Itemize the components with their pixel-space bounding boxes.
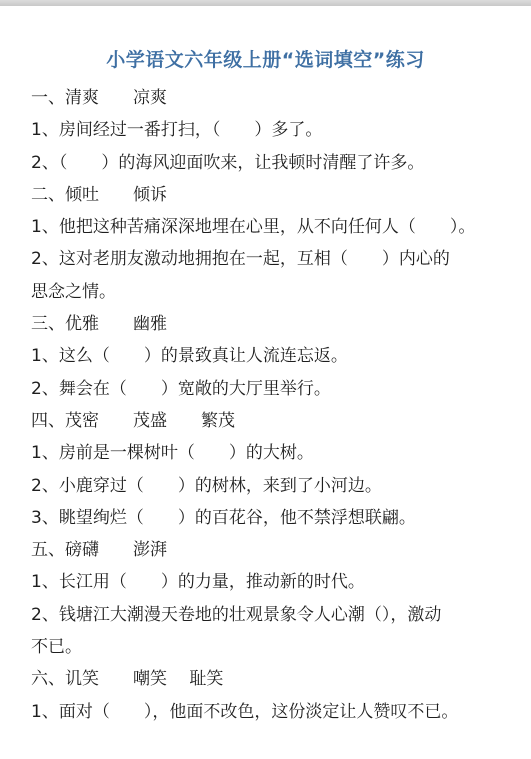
section-4-heading: 四、茂密 茂盛 繁茂 bbox=[31, 405, 511, 437]
section-5-question-2: 2、钱塘江大潮漫天卷地的壮观景象令人心潮（），激动 bbox=[31, 599, 511, 631]
section-3-question-1: 1、这么（ ）的景致真让人流连忘返。 bbox=[31, 340, 511, 372]
top-edge-bar bbox=[0, 0, 531, 6]
section-1-question-1: 1、房间经过一番打扫，（ ）多了。 bbox=[31, 114, 511, 146]
section-1-question-2: 2、（ ）的海风迎面吹来，让我顿时清醒了许多。 bbox=[31, 147, 511, 179]
section-2-question-2: 2、这对老朋友激动地拥抱在一起，互相（ ）内心的 bbox=[31, 243, 511, 275]
section-4-question-3: 3、眺望绚烂（ ）的百花谷，他不禁浮想联翩。 bbox=[31, 502, 511, 534]
section-4-question-2: 2、小鹿穿过（ ）的树林，来到了小河边。 bbox=[31, 470, 511, 502]
section-6-question-1: 1、面对（ ），他面不改色，这份淡定让人赞叹不已。 bbox=[31, 696, 511, 728]
section-3-heading: 三、优雅 幽雅 bbox=[31, 308, 511, 340]
document-title: 小学语文六年级上册“选词填空”练习 bbox=[0, 47, 531, 73]
exercise-content: 一、清爽 凉爽 1、房间经过一番打扫，（ ）多了。 2、（ ）的海风迎面吹来，让… bbox=[31, 82, 511, 728]
section-3-question-2: 2、舞会在（ ）宽敞的大厅里举行。 bbox=[31, 373, 511, 405]
section-2-question-2-cont: 思念之情。 bbox=[31, 276, 511, 308]
section-6-heading: 六、讥笑 嘲笑 耻笑 bbox=[31, 663, 511, 695]
section-2-question-1: 1、他把这种苦痛深深地埋在心里，从不向任何人（ ）。 bbox=[31, 211, 511, 243]
section-5-heading: 五、磅礴 澎湃 bbox=[31, 534, 511, 566]
section-5-question-1: 1、长江用（ ）的力量，推动新的时代。 bbox=[31, 566, 511, 598]
section-5-question-2-cont: 不已。 bbox=[31, 631, 511, 663]
section-4-question-1: 1、房前是一棵树叶（ ）的大树。 bbox=[31, 437, 511, 469]
section-2-heading: 二、倾吐 倾诉 bbox=[31, 179, 511, 211]
section-1-heading: 一、清爽 凉爽 bbox=[31, 82, 511, 114]
